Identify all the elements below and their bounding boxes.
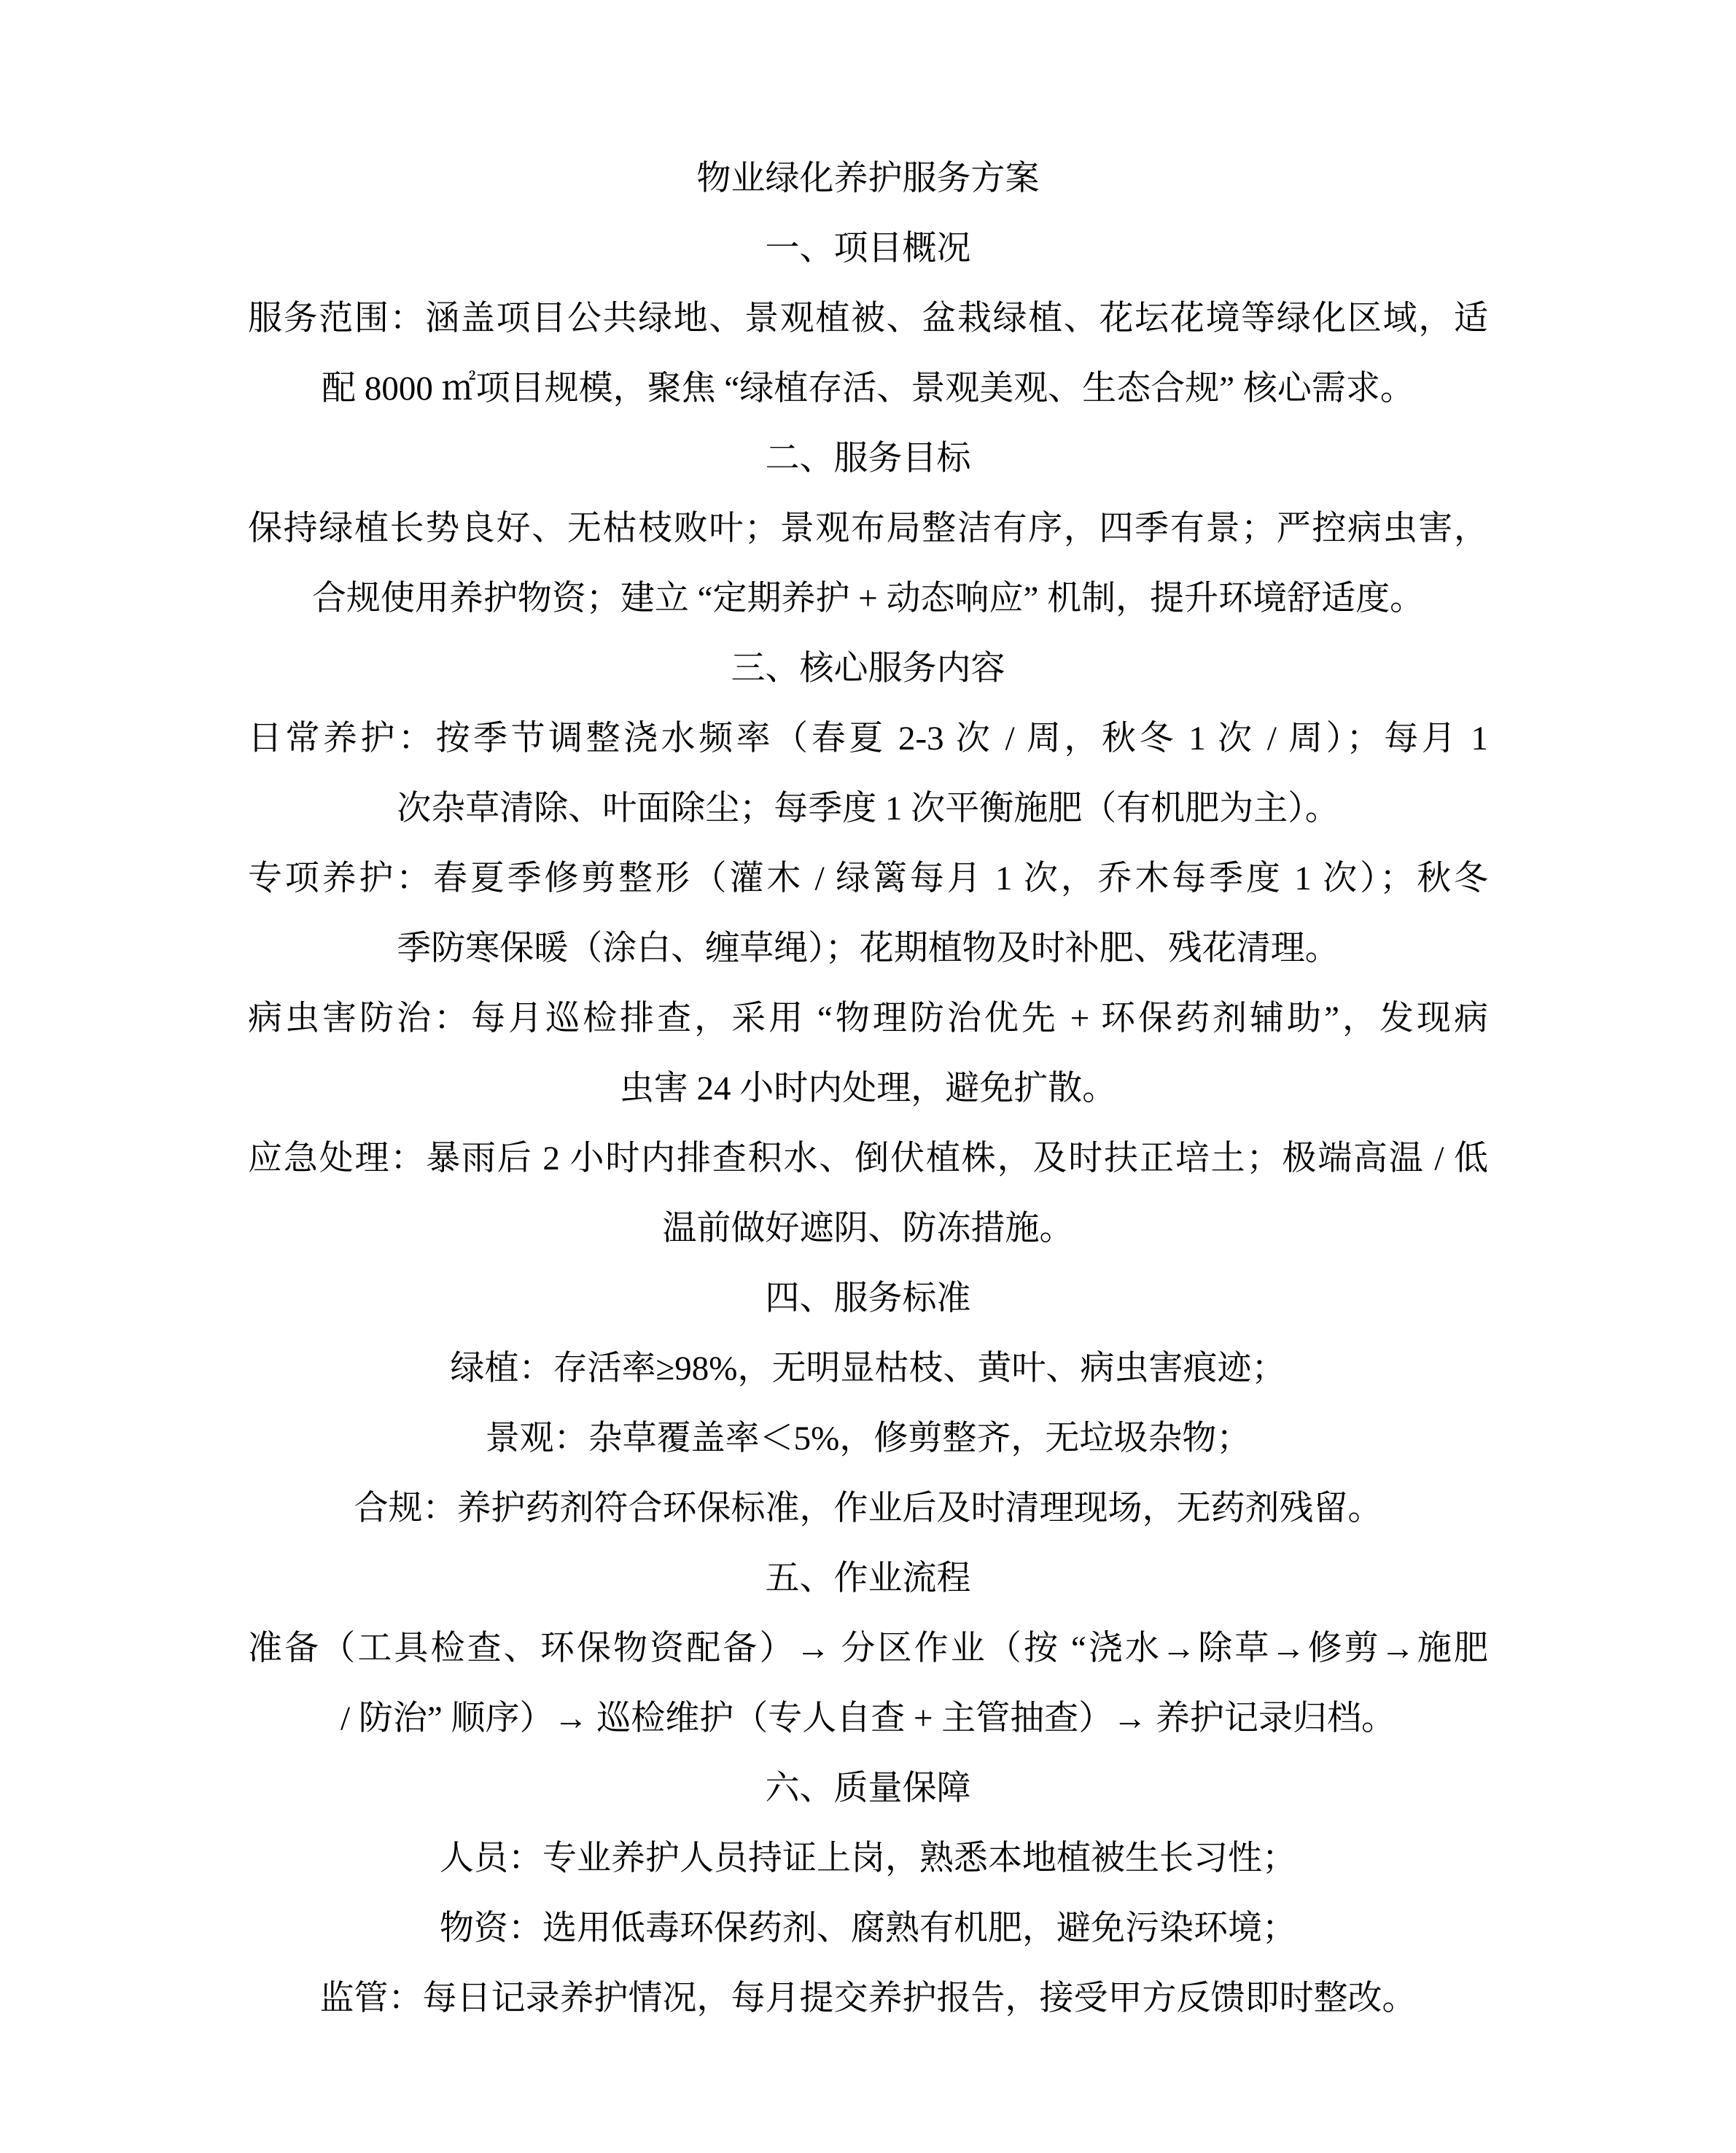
- para-service-scope-line-1: 服务范围：涵盖项目公共绿地、景观植被、盆栽绿植、花坛花境等绿化区域，适: [248, 284, 1488, 354]
- section-heading-service-standards: 四、服务标准: [248, 1264, 1488, 1334]
- para-service-scope-line-2: 配 8000 ㎡项目规模，聚焦 “绿植存活、景观美观、生态合规” 核心需求。: [248, 354, 1488, 424]
- section-heading-service-goals: 二、服务目标: [248, 424, 1488, 494]
- para-daily-care-line-1: 日常养护：按季节调整浇水频率（春夏 2-3 次 / 周，秋冬 1 次 / 周）；…: [248, 704, 1488, 774]
- para-emergency-line-1: 应急处理：暴雨后 2 小时内排查积水、倒伏植株，及时扶正培土；极端高温 / 低: [248, 1124, 1488, 1194]
- para-special-care-line-2: 季防寒保暖（涂白、缠草绳）；花期植物及时补肥、残花清理。: [248, 914, 1488, 984]
- para-service-goals-line-1: 保持绿植长势良好、无枯枝败叶；景观布局整洁有序，四季有景；严控病虫害，: [248, 494, 1488, 564]
- para-daily-care-line-2: 次杂草清除、叶面除尘；每季度 1 次平衡施肥（有机肥为主）。: [248, 774, 1488, 844]
- para-pest-control-line-1: 病虫害防治：每月巡检排查，采用 “物理防治优先 + 环保药剂辅助”，发现病: [248, 984, 1488, 1054]
- para-service-goals-line-2: 合规使用养护物资；建立 “定期养护 + 动态响应” 机制，提升环境舒适度。: [248, 564, 1488, 634]
- section-heading-core-services: 三、核心服务内容: [248, 634, 1488, 704]
- para-qa-materials: 物资：选用低毒环保药剂、腐熟有机肥，避免污染环境；: [248, 1893, 1488, 1963]
- para-workflow-line-1: 准备（工具检查、环保物资配备）→ 分区作业（按 “浇水→除草→修剪→施肥: [248, 1613, 1488, 1683]
- para-qa-personnel: 人员：专业养护人员持证上岗，熟悉本地植被生长习性；: [248, 1823, 1488, 1893]
- para-standard-landscape: 景观：杂草覆盖率＜5%，修剪整齐，无垃圾杂物；: [248, 1403, 1488, 1473]
- section-heading-workflow: 五、作业流程: [248, 1543, 1488, 1613]
- para-emergency-line-2: 温前做好遮阴、防冻措施。: [248, 1194, 1488, 1264]
- section-heading-quality-assurance: 六、质量保障: [248, 1753, 1488, 1823]
- document-page: 物业绿化养护服务方案 一、项目概况 服务范围：涵盖项目公共绿地、景观植被、盆栽绿…: [0, 0, 1736, 2153]
- para-qa-supervision: 监管：每日记录养护情况，每月提交养护报告，接受甲方反馈即时整改。: [248, 1963, 1488, 2033]
- para-standard-compliance: 合规：养护药剂符合环保标准，作业后及时清理现场，无药剂残留。: [248, 1473, 1488, 1543]
- para-workflow-line-2: / 防治” 顺序）→ 巡检维护（专人自查 + 主管抽查）→ 养护记录归档。: [248, 1683, 1488, 1753]
- para-special-care-line-1: 专项养护：春夏季修剪整形（灌木 / 绿篱每月 1 次，乔木每季度 1 次）；秋冬: [248, 844, 1488, 914]
- document-title: 物业绿化养护服务方案: [248, 144, 1488, 214]
- para-standard-greenery: 绿植：存活率≥98%，无明显枯枝、黄叶、病虫害痕迹；: [248, 1334, 1488, 1403]
- section-heading-project-overview: 一、项目概况: [248, 214, 1488, 284]
- para-pest-control-line-2: 虫害 24 小时内处理，避免扩散。: [248, 1054, 1488, 1124]
